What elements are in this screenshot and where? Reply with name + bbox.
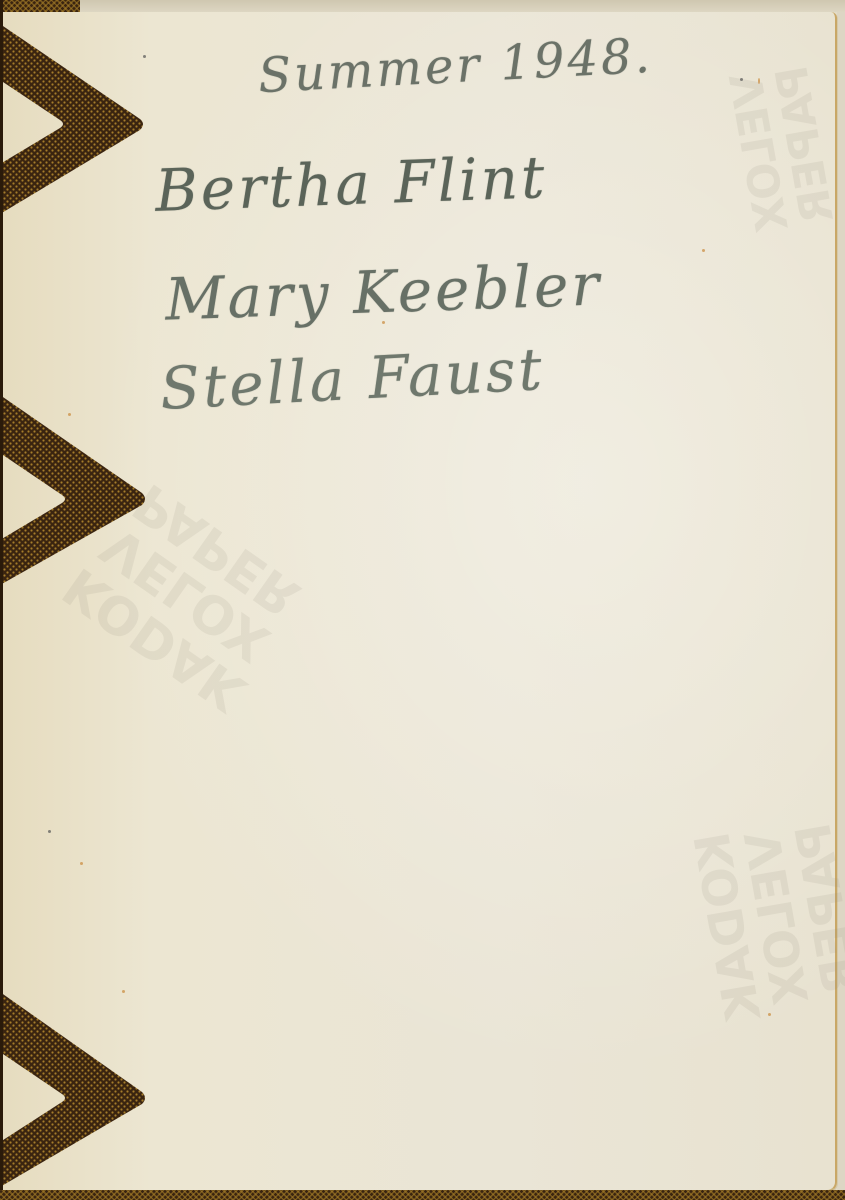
velox-watermark-top-right: VELOX PAPER: [724, 61, 843, 235]
dust-speck: [382, 321, 385, 324]
velox-watermark-bottom-right: KODAK VELOX PAPER: [687, 811, 845, 1024]
dust-speck: [768, 1013, 771, 1016]
handwritten-name-1: Bertha Flint: [154, 143, 548, 225]
dust-speck: [80, 862, 83, 865]
album-cloth-corner: [0, 0, 80, 12]
velox-watermark-left: KODAK VELOX PAPER: [55, 468, 318, 720]
dust-speck: [702, 249, 705, 252]
dust-speck: [68, 413, 71, 416]
dust-speck: [48, 830, 51, 833]
album-left-edge: [0, 0, 3, 1200]
album-cloth-bottom: [0, 1190, 845, 1200]
dust-speck: [740, 78, 743, 81]
dust-speck: [143, 55, 146, 58]
dust-speck: [758, 78, 760, 84]
dust-speck: [122, 990, 125, 993]
album-top-edge: [0, 0, 845, 12]
